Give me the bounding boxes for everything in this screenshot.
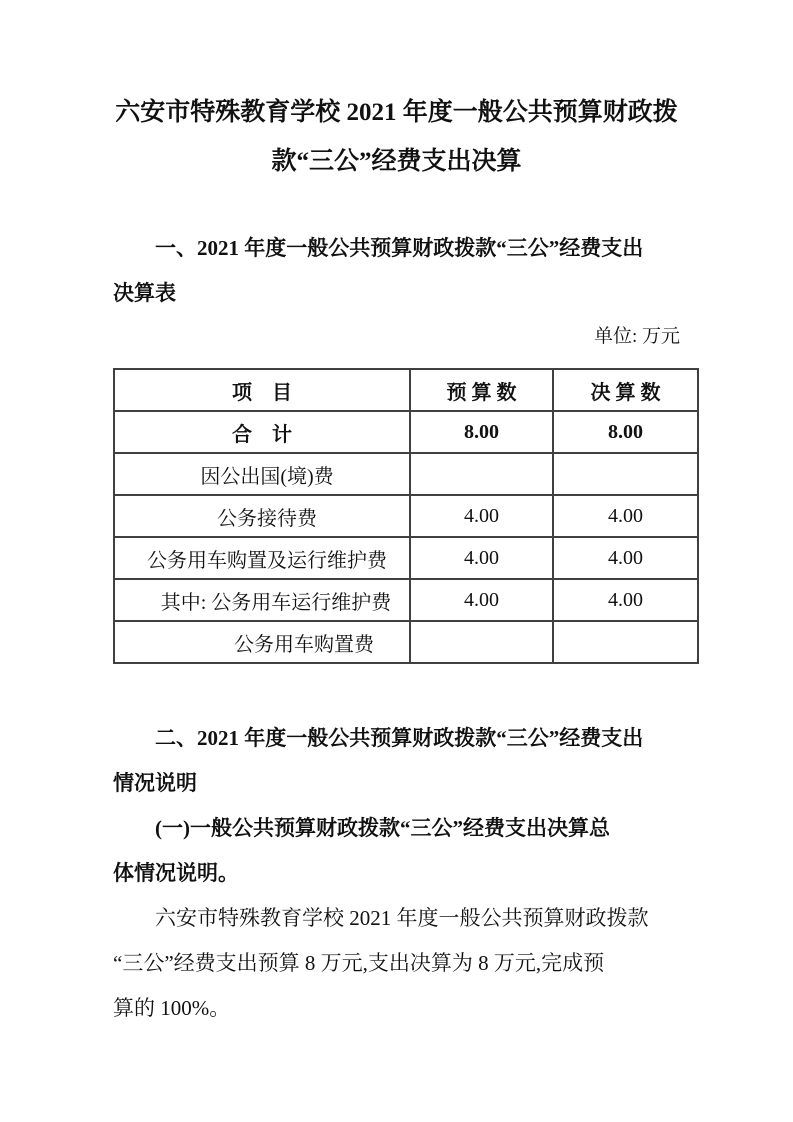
- section-2-heading: 二、2021 年度一般公共预算财政拨款“三公”经费支出 情况说明: [113, 716, 680, 806]
- body-paragraph-line-1: 六安市特殊教育学校 2021 年度一般公共预算财政拨款: [113, 896, 680, 941]
- row-vehicle-total-final: 4.00: [553, 537, 698, 579]
- table-row-total: 合 计 8.00 8.00: [114, 411, 698, 453]
- row-abroad-label: 因公出国(境)费: [114, 453, 410, 495]
- row-vehicle-operation-budget: 4.00: [410, 579, 553, 621]
- title-line-1: 六安市特殊教育学校 2021 年度一般公共预算财政拨: [113, 88, 680, 137]
- row-abroad-final: [553, 453, 698, 495]
- table-row-vehicle-operation: 其中: 公务用车运行维护费 4.00 4.00: [114, 579, 698, 621]
- row-vehicle-purchase-budget: [410, 621, 553, 663]
- row-vehicle-purchase-label: 公务用车购置费: [114, 621, 410, 663]
- body-paragraph-line-2: “三公”经费支出预算 8 万元,支出决算为 8 万元,完成预: [113, 941, 680, 986]
- section-2-heading-line-1: 二、2021 年度一般公共预算财政拨款“三公”经费支出: [113, 716, 680, 761]
- row-vehicle-operation-label: 其中: 公务用车运行维护费: [114, 579, 410, 621]
- page-content: 六安市特殊教育学校 2021 年度一般公共预算财政拨 款“三公”经费支出决算 一…: [0, 0, 793, 1031]
- row-total-final: 8.00: [553, 411, 698, 453]
- unit-label: 单位: 万元: [113, 322, 680, 352]
- body-paragraph: 六安市特殊教育学校 2021 年度一般公共预算财政拨款 “三公”经费支出预算 8…: [113, 896, 680, 1031]
- row-vehicle-purchase-final: [553, 621, 698, 663]
- section-2-heading-line-2: 情况说明: [113, 761, 680, 806]
- section-1-heading-line-1: 一、2021 年度一般公共预算财政拨款“三公”经费支出: [113, 226, 680, 271]
- row-total-label: 合 计: [114, 411, 410, 453]
- row-reception-budget: 4.00: [410, 495, 553, 537]
- row-vehicle-total-label: 公务用车购置及运行维护费: [114, 537, 410, 579]
- subsection-1-heading-line-2: 体情况说明。: [113, 851, 680, 896]
- header-budget: 预 算 数: [410, 369, 553, 411]
- document-title: 六安市特殊教育学校 2021 年度一般公共预算财政拨 款“三公”经费支出决算: [113, 88, 680, 186]
- title-line-2: 款“三公”经费支出决算: [113, 137, 680, 186]
- header-final: 决 算 数: [553, 369, 698, 411]
- row-abroad-budget: [410, 453, 553, 495]
- header-item: 项 目: [114, 369, 410, 411]
- table-row-reception: 公务接待费 4.00 4.00: [114, 495, 698, 537]
- row-vehicle-total-budget: 4.00: [410, 537, 553, 579]
- table-header-row: 项 目 预 算 数 决 算 数: [114, 369, 698, 411]
- document-page: 六安市特殊教育学校 2021 年度一般公共预算财政拨 款“三公”经费支出决算 一…: [0, 0, 793, 1122]
- row-total-budget: 8.00: [410, 411, 553, 453]
- body-paragraph-line-3: 算的 100%。: [113, 986, 680, 1031]
- section-1-heading: 一、2021 年度一般公共预算财政拨款“三公”经费支出 决算表: [113, 226, 680, 316]
- row-vehicle-operation-final: 4.00: [553, 579, 698, 621]
- budget-table: 项 目 预 算 数 决 算 数 合 计 8.00 8.00 因公出国(境)费 公…: [113, 368, 699, 664]
- table-row-vehicle-total: 公务用车购置及运行维护费 4.00 4.00: [114, 537, 698, 579]
- row-reception-label: 公务接待费: [114, 495, 410, 537]
- subsection-1-heading: (一)一般公共预算财政拨款“三公”经费支出决算总 体情况说明。: [113, 806, 680, 896]
- table-row-vehicle-purchase: 公务用车购置费: [114, 621, 698, 663]
- subsection-1-heading-line-1: (一)一般公共预算财政拨款“三公”经费支出决算总: [113, 806, 680, 851]
- row-reception-final: 4.00: [553, 495, 698, 537]
- section-1-heading-line-2: 决算表: [113, 271, 680, 316]
- table-row-abroad: 因公出国(境)费: [114, 453, 698, 495]
